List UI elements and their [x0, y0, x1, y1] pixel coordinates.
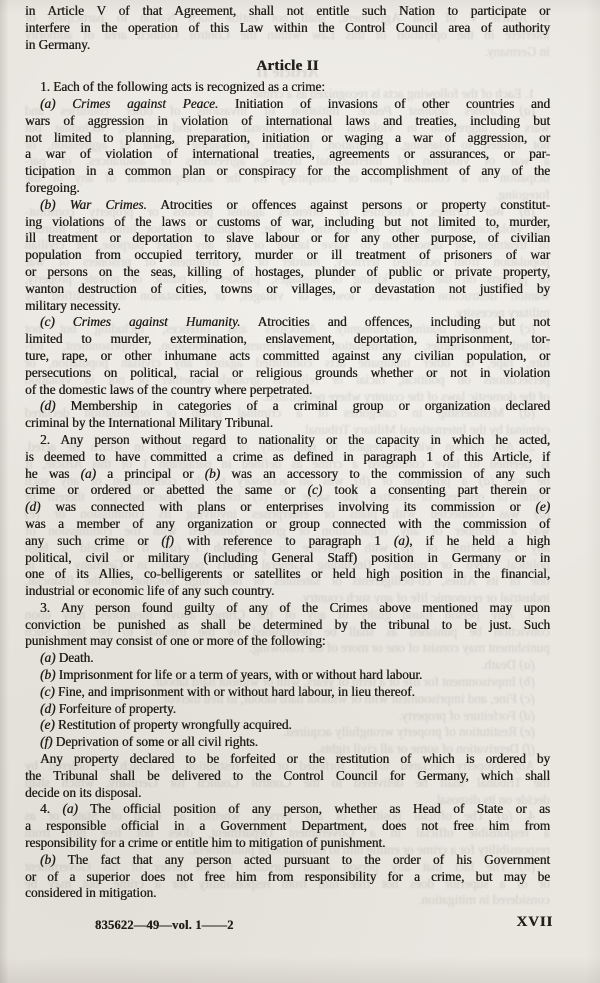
text-line: in Germany. — [25, 37, 550, 54]
text-line: (c) Crimes against Humanity. Atrocities … — [25, 314, 550, 331]
text-line: a responsible official in a Government D… — [25, 818, 550, 835]
italic-run: (b) — [40, 197, 55, 212]
text-run — [55, 96, 72, 111]
italic-run: (d) — [40, 701, 55, 716]
text-line: in Article V of that Agreement, shall no… — [25, 3, 550, 20]
text-line: ill treatment or deportation to slave la… — [25, 230, 550, 247]
text-run: a war of violation of international trea… — [25, 146, 550, 161]
text-line: was a member of any organization or grou… — [25, 516, 550, 533]
text-run: criminal by the International Military T… — [25, 415, 273, 430]
italic-run: (f) — [161, 533, 173, 548]
italic-run: (c) — [40, 684, 55, 699]
text-line: (e) Restitution of property wrongfully a… — [25, 717, 550, 734]
text-run: Imprisonment for life or a term of years… — [55, 667, 422, 682]
text-run: or of a superior does not free him from … — [25, 869, 550, 884]
text-line: decide on its disposal. — [25, 785, 550, 802]
text-line: (c) Fine, and imprisonment with or witho… — [25, 684, 550, 701]
text-line: Any property declared to be forfeited or… — [25, 751, 550, 768]
text-run: political, civil or military (including … — [25, 550, 550, 565]
italic-run: (d) — [40, 398, 55, 413]
text-run: punishment may consist of one or more of… — [25, 633, 325, 648]
text-run — [55, 314, 73, 329]
text-line: (d) was connected with plans or enterpri… — [25, 499, 550, 516]
text-line: or persons on the seas, killing of hosta… — [25, 264, 550, 281]
text-run: was a member of any organization or grou… — [25, 516, 550, 531]
text-run: a principal or — [96, 466, 205, 481]
italic-run: (c) — [307, 482, 322, 497]
text-line: crime or ordered or abetted the same or … — [25, 482, 550, 499]
text-run: industrial or economic life of any such … — [25, 583, 274, 598]
text-line: foregoing. — [25, 180, 550, 197]
para-1d-membership: (d) Membership in categories of a crimin… — [25, 398, 550, 432]
para-1a-crimes-against-peace: (a) Crimes against Peace. Initiation of … — [25, 96, 550, 197]
text-line: wars of aggression in violation of inter… — [25, 113, 550, 130]
scanned-page: in Article V of that Agreement, shall no… — [0, 0, 600, 983]
para-1c-crimes-against-humanity: (c) Crimes against Humanity. Atrocities … — [25, 314, 550, 398]
text-run: The official position of any person, whe… — [78, 801, 550, 816]
italic-run: (a) — [394, 533, 409, 548]
italic-run: (f) — [40, 734, 52, 749]
text-run: ing violations of the laws or customs of… — [25, 214, 550, 229]
italic-run: (c) — [40, 314, 55, 329]
text-run: in Article V of that Agreement, shall no… — [25, 3, 550, 18]
italic-run: Crimes against Peace. — [72, 96, 218, 111]
text-line: persecutions on political, racial or rel… — [25, 365, 550, 382]
text-run: Atrocities and offences, including but n… — [240, 314, 550, 329]
text-line: he was (a) a principal or (b) was an acc… — [25, 466, 550, 483]
text-run: was an accessory to the commission of an… — [220, 466, 550, 481]
text-line: 4. (a) The official position of any pers… — [25, 801, 550, 818]
text-run: 2. Any person without regard to national… — [40, 432, 550, 447]
text-line: industrial or economic life of any such … — [25, 583, 550, 600]
text-run: crime or ordered or abetted the same or — [25, 482, 307, 497]
text-line: 3. Any person found guilty of any of the… — [25, 600, 550, 617]
text-run: conviction be punished as shall be deter… — [25, 617, 550, 632]
para-1-crime-list-intro: 1. Each of the following acts is recogni… — [25, 79, 550, 96]
printers-key: 835622—49—vol. 1——2 — [95, 918, 234, 933]
text-run: not limited to planning, preparation, in… — [25, 130, 550, 145]
text-line: not limited to planning, preparation, in… — [25, 130, 550, 147]
text-column: in Article V of that Agreement, shall no… — [25, 3, 550, 902]
text-run: responsibility for a crime or entitle hi… — [25, 835, 385, 850]
punishment-list: (a) Death.(b) Imprisonment for life or a… — [25, 650, 550, 751]
text-line: (d) Forfeiture of property. — [25, 701, 550, 718]
para-3-punishment: 3. Any person found guilty of any of the… — [25, 600, 550, 650]
italic-run: (a) — [62, 801, 77, 816]
text-run: The fact that any person acted pursuant … — [55, 852, 550, 867]
text-run: Membership in categories of a criminal g… — [55, 398, 550, 413]
text-line: ing violations of the laws or customs of… — [25, 214, 550, 231]
italic-run: (b) — [40, 852, 55, 867]
text-line: population from occupied territory, murd… — [25, 247, 550, 264]
text-line: interfere in the operation of this Law w… — [25, 20, 550, 37]
page-number: XVII — [516, 914, 553, 931]
text-run: considered in mitigation. — [25, 885, 156, 900]
text-line: criminal by the International Military T… — [25, 415, 550, 432]
text-line: of the domestic laws of the country wher… — [25, 382, 550, 399]
text-run: 4. — [40, 801, 62, 816]
text-run: foregoing. — [25, 180, 80, 195]
text-line: is deemed to have committed a crime as d… — [25, 449, 550, 466]
text-run: persecutions on political, racial or rel… — [25, 365, 550, 380]
italic-run: (a) — [40, 96, 55, 111]
text-run: population from occupied territory, murd… — [25, 247, 550, 262]
text-run: of the domestic laws of the country wher… — [25, 382, 312, 397]
text-run: , if he held a high — [409, 533, 550, 548]
text-run — [55, 197, 69, 212]
text-run: Death. — [55, 650, 93, 665]
italic-run: War Crimes. — [70, 197, 147, 212]
text-line: wanton destruction of cities, towns or v… — [25, 281, 550, 298]
text-line: limited to murder, extermination, enslav… — [25, 331, 550, 348]
text-line: ticipation in a common plan or conspirac… — [25, 163, 550, 180]
text-run: the Tribunal shall be delivered to the C… — [25, 768, 550, 783]
italic-run: (a) — [81, 466, 96, 481]
text-run: ture, rape, or other inhumane acts commi… — [25, 348, 550, 363]
italic-run: (d) — [25, 499, 40, 514]
page-footer: 835622—49—vol. 1——2 XVII — [0, 914, 600, 940]
text-run: Restitution of property wrongfully acqui… — [55, 717, 292, 732]
text-line: 1. Each of the following acts is recogni… — [25, 79, 550, 96]
text-line: considered in mitigation. — [25, 885, 550, 902]
text-run: limited to murder, extermination, enslav… — [25, 331, 550, 346]
text-run: ticipation in a common plan or conspirac… — [25, 163, 550, 178]
text-run: a responsible official in a Government D… — [25, 818, 550, 833]
text-line: political, civil or military (including … — [25, 550, 550, 567]
text-run: 3. Any person found guilty of any of the… — [40, 600, 550, 615]
para-4b-superior-orders: (b) The fact that any person acted pursu… — [25, 852, 550, 902]
italic-run: (e) — [40, 717, 55, 732]
italic-run: (a) — [40, 650, 55, 665]
italic-run: (b) — [205, 466, 220, 481]
text-run: Any property declared to be forfeited or… — [40, 751, 550, 766]
text-run: with reference to paragraph 1 — [174, 533, 394, 548]
italic-run: (b) — [40, 667, 55, 682]
continuation-paragraph: in Article V of that Agreement, shall no… — [25, 3, 550, 53]
text-run: or persons on the seas, killing of hosta… — [25, 264, 550, 279]
text-line: 2. Any person without regard to national… — [25, 432, 550, 449]
text-run: Forfeiture of property. — [55, 701, 176, 716]
text-run: is deemed to have committed a crime as d… — [25, 449, 550, 464]
text-line: the Tribunal shall be delivered to the C… — [25, 768, 550, 785]
text-line: or of a superior does not free him from … — [25, 869, 550, 886]
text-run: Fine, and imprisonment with or without h… — [55, 684, 415, 699]
text-run: decide on its disposal. — [25, 785, 141, 800]
text-line: (b) War Crimes. Atrocities or offences a… — [25, 197, 550, 214]
text-run: 1. Each of the following acts is recogni… — [40, 79, 325, 94]
text-line: ture, rape, or other inhumane acts commi… — [25, 348, 550, 365]
text-line: (f) Deprivation of some or all civil rig… — [25, 734, 550, 751]
text-run: any such crime or — [25, 533, 161, 548]
italic-run: Crimes against Humanity. — [73, 314, 241, 329]
para-property-forfeit: Any property declared to be forfeited or… — [25, 751, 550, 801]
para-4a-official-position: 4. (a) The official position of any pers… — [25, 801, 550, 851]
text-line: any such crime or (f) with reference to … — [25, 533, 550, 550]
text-run: took a consenting part therein or — [322, 482, 550, 497]
text-run: in Germany. — [25, 37, 90, 52]
text-run: military necessity. — [25, 298, 121, 313]
text-run: was connected with plans or enterprises … — [40, 499, 535, 514]
text-line: (b) The fact that any person acted pursu… — [25, 852, 550, 869]
text-line: (d) Membership in categories of a crimin… — [25, 398, 550, 415]
para-1b-war-crimes: (b) War Crimes. Atrocities or offences a… — [25, 197, 550, 315]
text-line: (b) Imprisonment for life or a term of y… — [25, 667, 550, 684]
text-run: one of its Allies, co-belligerents or sa… — [25, 566, 550, 581]
text-line: (a) Crimes against Peace. Initiation of … — [25, 96, 550, 113]
text-run: Atrocities or offences against persons o… — [147, 197, 550, 212]
article-heading: Article II — [25, 58, 550, 75]
text-line: conviction be punished as shall be deter… — [25, 617, 550, 634]
para-2-persons-deemed: 2. Any person without regard to national… — [25, 432, 550, 600]
text-run: wanton destruction of cities, towns or v… — [25, 281, 550, 296]
italic-run: (e) — [535, 499, 550, 514]
text-line: one of its Allies, co-belligerents or sa… — [25, 566, 550, 583]
text-line: responsibility for a crime or entitle hi… — [25, 835, 550, 852]
text-run: wars of aggression in violation of inter… — [25, 113, 550, 128]
text-line: (a) Death. — [25, 650, 550, 667]
text-run: ill treatment or deportation to slave la… — [25, 230, 550, 245]
text-run: he was — [25, 466, 81, 481]
text-run: Deprivation of some or all civil rights. — [52, 734, 258, 749]
text-line: a war of violation of international trea… — [25, 146, 550, 163]
text-line: punishment may consist of one or more of… — [25, 633, 550, 650]
text-run: Initiation of invasions of other countri… — [218, 96, 550, 111]
text-line: military necessity. — [25, 298, 550, 315]
text-run: interfere in the operation of this Law w… — [25, 20, 550, 35]
